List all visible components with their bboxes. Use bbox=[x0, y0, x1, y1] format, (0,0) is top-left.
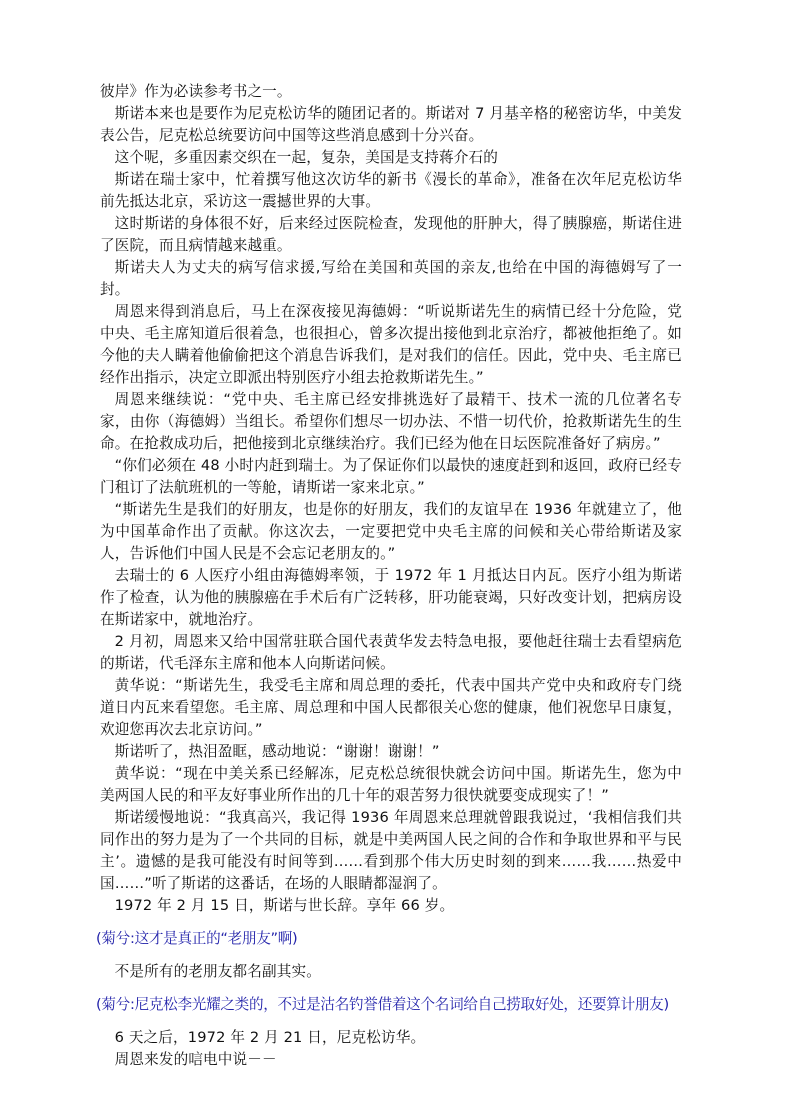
paragraph: 斯诺听了，热泪盈眶，感动地说：“谢谢！谢谢！” bbox=[100, 741, 682, 763]
paragraph: 彼岸》作为必读参考书之一。 bbox=[100, 81, 682, 103]
paragraph: 黄华说：“现在中美关系已经解冻，尼克松总统很快就会访问中国。斯诺先生，您为中美两… bbox=[100, 763, 682, 807]
paragraph: 1972 年 2 月 15 日，斯诺与世长辞。享年 66 岁。 bbox=[100, 895, 682, 917]
paragraph: 周恩来继续说：“党中央、毛主席已经安排挑选好了最精干、技术一流的几位著名专家，由… bbox=[100, 389, 682, 455]
document-page: 彼岸》作为必读参考书之一。 斯诺本来也是要作为尼克松访华的随团记者的。斯诺对 7… bbox=[100, 81, 682, 1071]
paragraph: 2 月初，周恩来又给中国常驻联合国代表黄华发去特急电报，要他赶往瑞士去看望病危的… bbox=[100, 631, 682, 675]
annotation-note: (菊兮:尼克松李光耀之类的，不过是沽名钓誉借着这个名词给自己捞取好处，还要算计朋… bbox=[96, 994, 682, 1016]
paragraph: 周恩来得到消息后，马上在深夜接见海德姆：“听说斯诺先生的病情已经十分危险，党中央… bbox=[100, 301, 682, 389]
paragraph: 黄华说：“斯诺先生，我受毛主席和周总理的委托，代表中国共产党中央和政府专门绕道日… bbox=[100, 675, 682, 741]
paragraph: 周恩来发的唁电中说－－ bbox=[100, 1049, 682, 1071]
paragraph: 斯诺夫人为丈夫的病写信求援,写给在美国和英国的亲友,也给在中国的海德姆写了一封。 bbox=[100, 257, 682, 301]
paragraph: 这时斯诺的身体很不好，后来经过医院检查，发现他的肝肿大，得了胰腺癌，斯诺住进了医… bbox=[100, 213, 682, 257]
paragraph: 斯诺在瑞士家中，忙着撰写他这次访华的新书《漫长的革命》，准备在次年尼克松访华前先… bbox=[100, 169, 682, 213]
paragraph: “你们必须在 48 小时内赶到瑞士。为了保证你们以最快的速度赶到和返回，政府已经… bbox=[100, 455, 682, 499]
paragraph: 6 天之后，1972 年 2 月 21 日，尼克松访华。 bbox=[100, 1027, 682, 1049]
paragraph: 斯诺缓慢地说：“我真高兴，我记得 1936 年周恩来总理就曾跟我说过，‘我相信我… bbox=[100, 807, 682, 895]
paragraph: 去瑞士的 6 人医疗小组由海德姆率领，于 1972 年 1 月抵达日内瓦。医疗小… bbox=[100, 565, 682, 631]
paragraph: 斯诺本来也是要作为尼克松访华的随团记者的。斯诺对 7 月基辛格的秘密访华，中美发… bbox=[100, 103, 682, 147]
annotation-note: (菊兮:这才是真正的“老朋友”啊) bbox=[96, 928, 682, 950]
paragraph: 这个呢，多重因素交织在一起，复杂，美国是支持蒋介石的 bbox=[100, 147, 682, 169]
paragraph: “斯诺先生是我们的好朋友，也是你的好朋友，我们的友谊早在 1936 年就建立了，… bbox=[100, 499, 682, 565]
paragraph: 不是所有的老朋友都名副其实。 bbox=[100, 961, 682, 983]
